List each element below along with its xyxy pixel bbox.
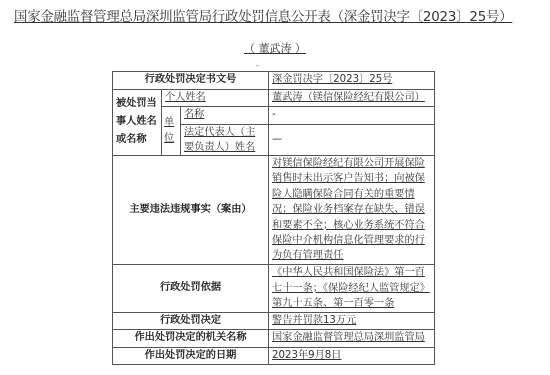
facts-value: 对镁信保险经纪有限公司开展保险销售时未出示客户告知书；向被保险人隐瞒保险合同有关… <box>269 155 435 264</box>
unit-label: 单位 <box>162 107 181 155</box>
table-row-individual: 被处罚当事人姓名或名称 个人姓名 董武涛（镁信保险经纪有限公司） <box>113 90 435 107</box>
authority-label: 作出处罚决定的机关名称 <box>113 330 269 347</box>
decision-no-label: 行政处罚决定书文号 <box>113 72 269 90</box>
party-label: 被处罚当事人姓名或名称 <box>113 90 162 156</box>
table-row-basis: 行政处罚依据 《中华人民共和国保险法》第一百七十一条；《保险经纪人监管规定》第九… <box>113 264 435 312</box>
table-row-decision-no: 行政处罚决定书文号 深金罚决字〔2023〕25号 <box>113 72 435 90</box>
facts-label: 主要违法违规事实（案由） <box>113 155 269 264</box>
unit-name-value: - <box>269 107 435 124</box>
table-row-facts: 主要违法违规事实（案由） 对镁信保险经纪有限公司开展保险销售时未出示客户告知书；… <box>113 155 435 264</box>
unit-name-label: 名称 <box>181 107 269 124</box>
penalty-info-table: 行政处罚决定书文号 深金罚决字〔2023〕25号 被处罚当事人姓名或名称 个人姓… <box>112 71 435 365</box>
individual-value: 董武涛（镁信保险经纪有限公司） <box>269 90 435 107</box>
authority-value: 国家金融监督管理总局深圳监管局 <box>269 330 435 347</box>
table-row-decision: 行政处罚决定 警告并罚款13万元 <box>113 312 435 329</box>
document-subtitle: （ 董武涛 ） <box>0 40 550 56</box>
table-row-unit-name: 单位 名称 - <box>113 107 435 124</box>
legal-rep-value: — <box>269 124 435 155</box>
date-value: 2023年9月8日 <box>269 347 435 364</box>
table-row-authority: 作出处罚决定的机关名称 国家金融监督管理总局深圳监管局 <box>113 330 435 347</box>
decision-value: 警告并罚款13万元 <box>269 312 435 329</box>
decision-no-value: 深金罚决字〔2023〕25号 <box>269 72 435 90</box>
individual-label: 个人姓名 <box>162 90 269 107</box>
document-title: 国家金融监督管理总局深圳监管局行政处罚信息公开表（深金罚决字〔2023〕25号） <box>14 6 512 25</box>
legal-rep-label: 法定代表人（主要负责人）姓名 <box>181 124 269 155</box>
date-label: 作出处罚决定的日期 <box>113 347 269 364</box>
basis-label: 行政处罚依据 <box>113 264 269 312</box>
decision-label: 行政处罚决定 <box>113 312 269 329</box>
separator: - <box>256 61 259 70</box>
basis-value: 《中华人民共和国保险法》第一百七十一条；《保险经纪人监管规定》第九十五条、第一百… <box>269 264 435 312</box>
table-row-date: 作出处罚决定的日期 2023年9月8日 <box>113 347 435 364</box>
